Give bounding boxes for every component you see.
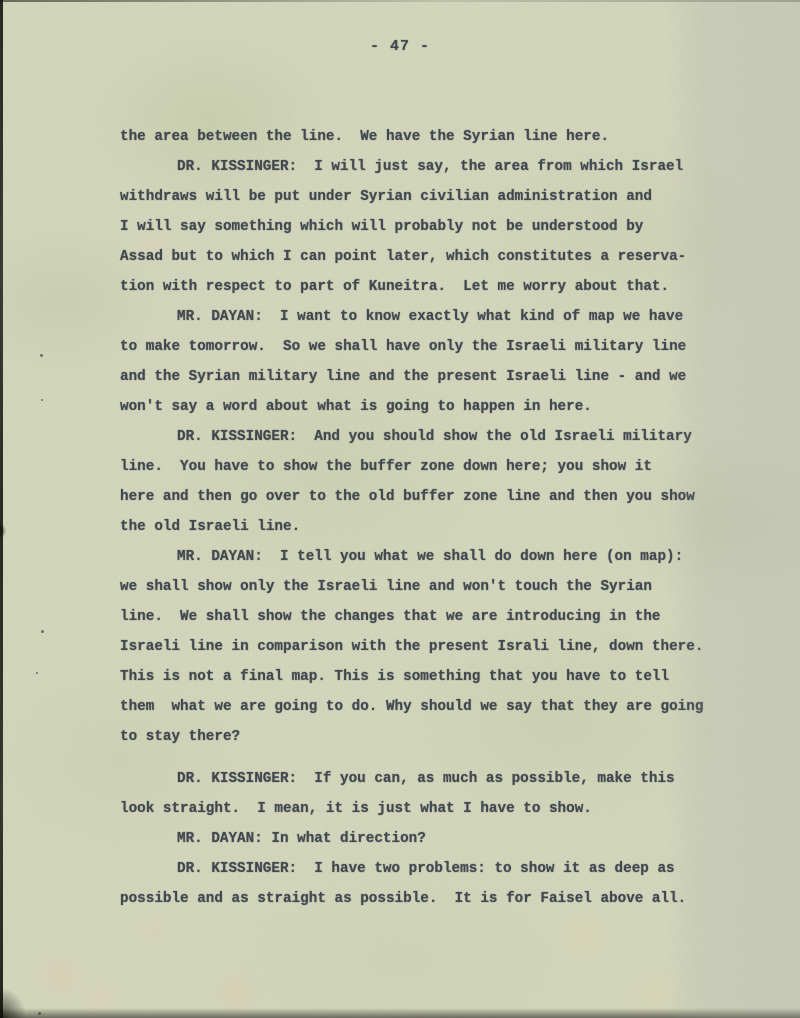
scan-bottom-edge-shadow [0,1008,800,1018]
text-line: line. We shall show the changes that we … [120,602,760,632]
text-line: them what we are going to do. Why should… [120,692,760,722]
text-line: This is not a final map. This is somethi… [120,662,760,692]
text-line: I will say something which will probably… [120,212,760,242]
text-line: and the Syrian military line and the pre… [120,362,760,392]
scan-speck [38,1012,41,1015]
text-line: DR. KISSINGER: I have two problems: to s… [120,854,760,884]
scan-speck [40,354,43,357]
scan-top-edge-artifact [0,0,800,2]
text-line: DR. KISSINGER: I will just say, the area… [120,152,760,182]
page-number: - 47 - [0,38,800,55]
text-line: look straight. I mean, it is just what I… [120,794,760,824]
text-line: the area between the line. We have the S… [120,122,760,152]
text-line: line. You have to show the buffer zone d… [120,452,760,482]
scan-left-edge-artifact [0,0,3,1018]
text-line: to make tomorrow. So we shall have only … [120,332,760,362]
scan-corner-shadow [0,988,26,1018]
document-page: - 47 - the area between the line. We hav… [0,0,800,1018]
text-line: MR. DAYAN: I tell you what we shall do d… [120,542,760,572]
text-line: tion with respect to part of Kuneitra. L… [120,272,760,302]
text-line: we shall show only the Israeli line and … [120,572,760,602]
scan-edge-blemish [0,524,6,538]
text-line: Israeli line in comparison with the pres… [120,632,760,662]
text-line: MR. DAYAN: I want to know exactly what k… [120,302,760,332]
text-line: to stay there? [120,722,760,752]
text-line: possible and as straight as possible. It… [120,884,760,914]
text-line: withdraws will be put under Syrian civil… [120,182,760,212]
text-line: DR. KISSINGER: And you should show the o… [120,422,760,452]
text-line: won't say a word about what is going to … [120,392,760,422]
scan-speck [36,672,38,674]
text-line: the old Israeli line. [120,512,760,542]
text-line: MR. DAYAN: In what direction? [120,824,760,854]
transcript-text-block: the area between the line. We have the S… [120,122,760,914]
text-line: here and then go over to the old buffer … [120,482,760,512]
scan-speck [41,399,43,401]
text-line: Assad but to which I can point later, wh… [120,242,760,272]
scan-speck [41,630,44,633]
text-line: DR. KISSINGER: If you can, as much as po… [120,764,760,794]
